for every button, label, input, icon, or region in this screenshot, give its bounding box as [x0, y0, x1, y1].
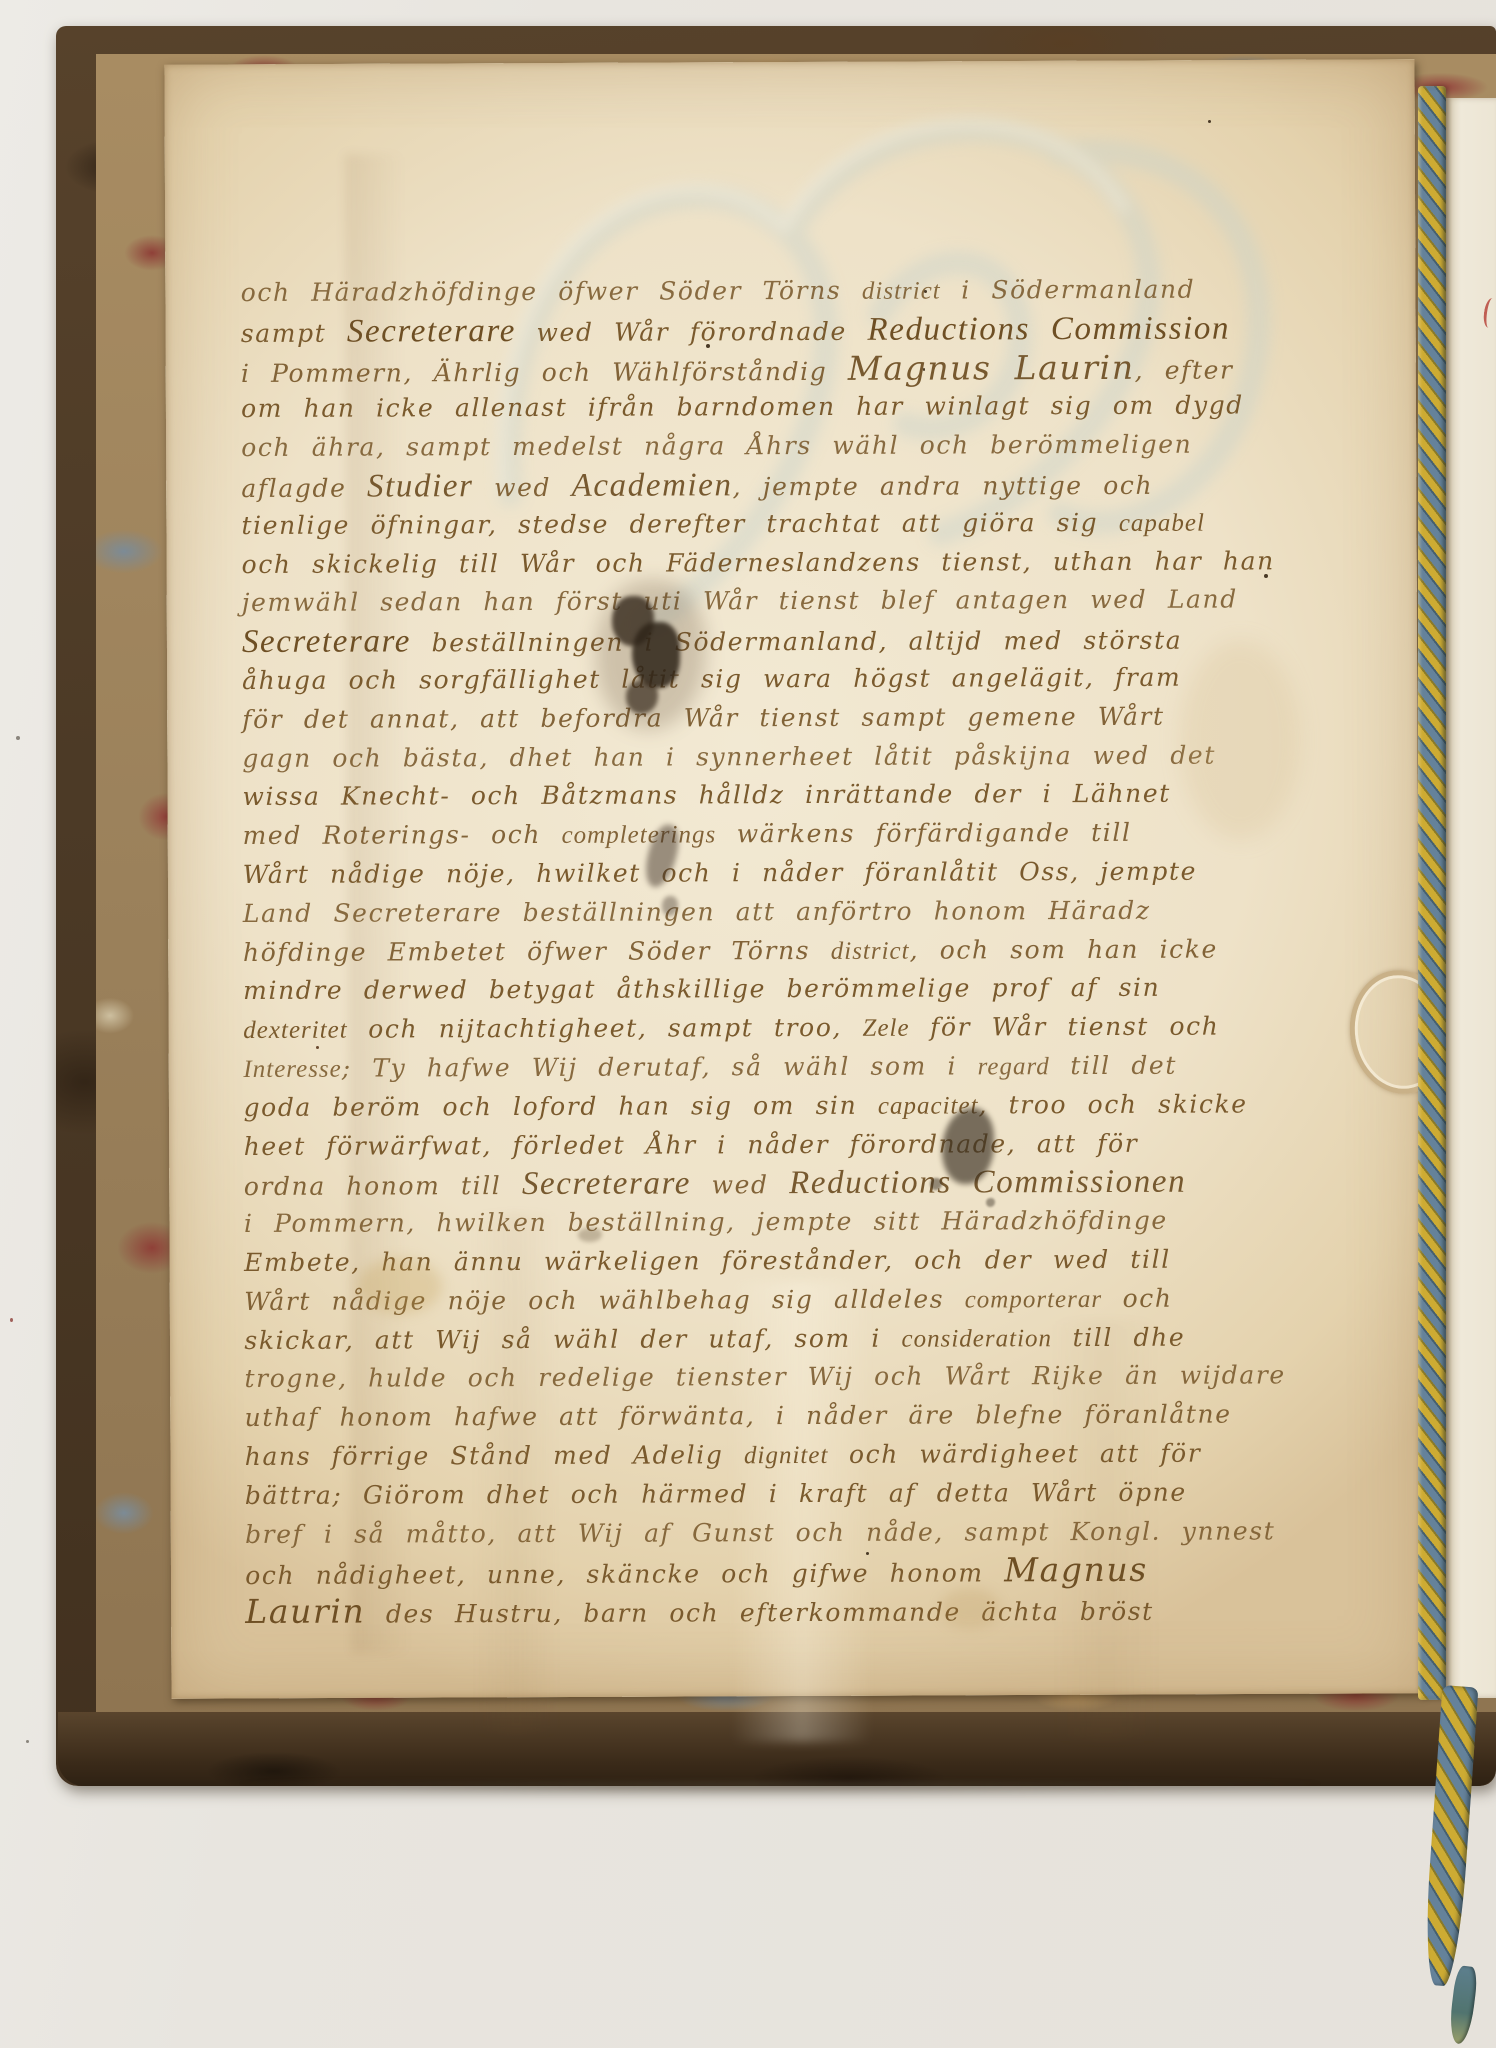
paper-speck [866, 1552, 869, 1555]
manuscript-line: i Pommern, hwilken beställning, jempte s… [244, 1201, 1374, 1244]
manuscript-segment: i Södermanland [941, 275, 1196, 305]
manuscript-line: uthaf honom hafwe att förwänta, i nåder … [245, 1395, 1375, 1438]
manuscript-line: bref i så måtto, att Wij af Gunst och nå… [245, 1512, 1375, 1555]
manuscript-line: Laurin des Hustru, barn och efterkommand… [245, 1589, 1375, 1632]
manuscript-segment: comporterar [965, 1286, 1102, 1313]
manuscript-segment: och [1102, 1283, 1173, 1312]
manuscript-segment: dexteritet [243, 1017, 347, 1044]
manuscript-segment: åhuga och sorgfällighet låtit sig wara h… [242, 663, 1181, 695]
manuscript-segment: dignitet [744, 1442, 828, 1469]
manuscript-segment: uthaf honom hafwe att förwänta, i nåder … [245, 1400, 1232, 1432]
manuscript-segment: hans förrige Stånd med Adelig [245, 1440, 744, 1471]
manuscript-segment: , jempte andra nyttige och [733, 471, 1154, 501]
manuscript-text: och Häradzhöfdinge öfwer Söder Törns dis… [241, 270, 1376, 1632]
manuscript-segment: wärkens förfärdigande till [716, 818, 1131, 848]
manuscript-segment: och nådigheet, unne, skäncke och gifwe h… [245, 1559, 1004, 1591]
manuscript-segment: des Hustru, barn och efterkommande ächta… [365, 1597, 1154, 1629]
seal-cord-tip [1447, 1965, 1478, 2045]
manuscript-line: och ähra, sampt medelst några Åhrs wähl … [241, 425, 1371, 468]
manuscript-line: aflagde Studier wed Academien, jempte an… [241, 464, 1371, 507]
scanned-book-photo: och Häradzhöfdinge öfwer Söder Törns dis… [0, 0, 1496, 2048]
manuscript-segment: med Roterings- och [243, 820, 562, 850]
manuscript-line: sampt Secreterare wed Wår förordnade Red… [241, 309, 1371, 352]
manuscript-segment: wissa Knecht- och Båtzmans hålldz inrätt… [242, 779, 1171, 811]
manuscript-segment: ; Ty hafwe Wij derutaf, så wähl som i [342, 1051, 978, 1082]
manuscript-line: mindre derwed betygat åthskillige berömm… [243, 968, 1373, 1011]
paper-speck [923, 368, 925, 371]
manuscript-segment: för det annat, att befordra Wår tienst s… [242, 702, 1165, 734]
manuscript-segment: Magnus [1004, 1550, 1148, 1590]
paper-stain [940, 1588, 1000, 1628]
paper-speck [316, 1046, 319, 1049]
ink-blot-large [632, 622, 680, 688]
manuscript-segment: district [831, 937, 910, 964]
manuscript-line: goda beröm och loford han sig om sin cap… [243, 1085, 1373, 1128]
manuscript-segment: och skickelig till Wår och Fäderneslandz… [242, 546, 1275, 579]
manuscript-segment: höfdinge Embetet öfwer Söder Törns [243, 935, 831, 966]
manuscript-segment: Secreterare [522, 1166, 691, 1203]
manuscript-line: heet förwärfwat, förledet Åhr i nåder fö… [244, 1124, 1374, 1167]
manuscript-segment: Academien [572, 467, 733, 504]
manuscript-segment: Laurin [245, 1592, 365, 1631]
manuscript-segment: Wårt nådige nöje och wählbehag sig allde… [244, 1284, 965, 1316]
manuscript-segment: capabel [1119, 509, 1205, 536]
manuscript-segment: sampt [241, 318, 347, 347]
manuscript-line: Land Secreterare beställningen att anför… [243, 891, 1373, 934]
manuscript-line: och skickelig till Wår och Fäderneslandz… [242, 542, 1372, 585]
manuscript-segment: till dhe [1052, 1322, 1185, 1351]
paper-stain [1180, 640, 1300, 840]
paper-stain [358, 1258, 442, 1314]
manuscript-segment: regard [978, 1053, 1050, 1080]
manuscript-segment: beställningen i Södermanland, altijd med… [411, 626, 1182, 658]
manuscript-segment: mindre derwed betygat åthskillige berömm… [243, 973, 1160, 1005]
manuscript-segment: , efter [1135, 355, 1234, 384]
manuscript-line: tienlige öfningar, stedse derefter trach… [241, 503, 1371, 546]
manuscript-segment: completerings [562, 821, 717, 849]
manuscript-line: om han icke allenast ifrån barndomen har… [241, 386, 1371, 429]
manuscript-segment: Studier [367, 468, 474, 504]
manuscript-segment: i Pommern, Ährlig och Wählförståndig [241, 356, 848, 387]
manuscript-segment: Wårt nådige nöje, hwilket och i nåder fö… [243, 857, 1197, 889]
manuscript-segment: Zele [862, 1015, 909, 1042]
manuscript-line: bättra; Giörom dhet och härmed i kraft a… [245, 1473, 1375, 1516]
manuscript-segment: Interesse [243, 1056, 341, 1083]
scanner-speck [26, 1740, 29, 1743]
manuscript-segment: heet förwärfwat, förledet Åhr i nåder fö… [244, 1128, 1139, 1160]
manuscript-segment: , och som han icke [910, 934, 1218, 964]
scanner-speck [16, 736, 20, 740]
manuscript-segment: jemwähl sedan han först uti Wår tienst b… [242, 585, 1238, 617]
manuscript-segment: tienlige öfningar, stedse derefter trach… [241, 508, 1118, 540]
manuscript-segment: goda beröm och loford han sig om sin [243, 1090, 877, 1121]
manuscript-segment: , troo och skicke [978, 1089, 1247, 1119]
scanner-speck [10, 1318, 13, 1322]
manuscript-segment: om han icke allenast ifrån barndomen har… [241, 391, 1244, 424]
manuscript-line: skickar, att Wij så wähl der utaf, som i… [244, 1318, 1374, 1361]
manuscript-segment: och nijtachtigheet, sampt troo, [348, 1013, 863, 1044]
manuscript-segment: gagn och bästa, dhet han i synnerheet lå… [242, 740, 1216, 772]
manuscript-segment: och ähra, sampt medelst några Åhrs wähl … [241, 430, 1192, 462]
manuscript-segment: för Wår tienst och [910, 1012, 1220, 1042]
book-shadow [90, 1782, 1470, 1798]
manuscript-segment: Magnus Laurin [848, 347, 1135, 387]
next-page-edge [1446, 98, 1496, 1698]
manuscript-segment: wed [691, 1170, 789, 1199]
manuscript-segment: ordna honom till [244, 1171, 522, 1201]
manuscript-segment: Land Secreterare beställningen att anför… [243, 896, 1151, 928]
paper-speck [1208, 120, 1211, 123]
manuscript-segment: district [862, 278, 941, 305]
paper-speck [706, 344, 710, 348]
manuscript-line: och Häradzhöfdinge öfwer Söder Törns dis… [241, 270, 1371, 313]
seal-cord [1418, 86, 1446, 1700]
manuscript-segment: trogne, hulde och redelige tienster Wij … [244, 1361, 1285, 1394]
manuscript-segment: och Häradzhöfdinge öfwer Söder Törns [241, 276, 862, 307]
manuscript-segment: consideration [901, 1325, 1052, 1353]
manuscript-line: Secreterare beställningen i Södermanland… [242, 619, 1372, 662]
manuscript-segment: till det [1050, 1051, 1177, 1080]
manuscript-segment: och wärdigheet att för [828, 1439, 1201, 1469]
manuscript-segment: bättra; Giörom dhet och härmed i kraft a… [245, 1477, 1187, 1509]
manuscript-line: i Pommern, Ährlig och Wählförståndig Mag… [241, 348, 1371, 391]
manuscript-line: jemwähl sedan han först uti Wår tienst b… [242, 580, 1372, 623]
manuscript-line: Interesse; Ty hafwe Wij derutaf, så wähl… [243, 1046, 1373, 1089]
manuscript-segment: wed [473, 473, 571, 502]
paper-speck [924, 290, 927, 293]
manuscript-line: hans förrige Stånd med Adelig dignitet o… [245, 1434, 1375, 1477]
manuscript-line: Wårt nådige nöje, hwilket och i nåder fö… [243, 852, 1373, 895]
manuscript-segment: bref i så måtto, att Wij af Gunst och nå… [245, 1516, 1275, 1549]
manuscript-line: höfdinge Embetet öfwer Söder Törns distr… [243, 930, 1373, 973]
manuscript-segment: Secreterare [242, 624, 411, 661]
manuscript-segment: Reductions Commission [867, 310, 1230, 347]
manuscript-segment: wed Wår förordnade [516, 317, 868, 347]
manuscript-segment: skickar, att Wij så wähl der utaf, som i [244, 1323, 901, 1354]
paper-speck [1264, 574, 1268, 578]
manuscript-segment: aflagde [241, 474, 367, 503]
manuscript-line: trogne, hulde och redelige tienster Wij … [244, 1356, 1374, 1399]
manuscript-line: och nådigheet, unne, skäncke och gifwe h… [245, 1550, 1375, 1593]
manuscript-line: dexteritet och nijtachtigheet, sampt tro… [243, 1007, 1373, 1050]
manuscript-segment: Secreterare [347, 313, 516, 350]
manuscript-line: ordna honom till Secreterare wed Reducti… [244, 1162, 1374, 1205]
manuscript-segment: i Pommern, hwilken beställning, jempte s… [244, 1206, 1168, 1238]
